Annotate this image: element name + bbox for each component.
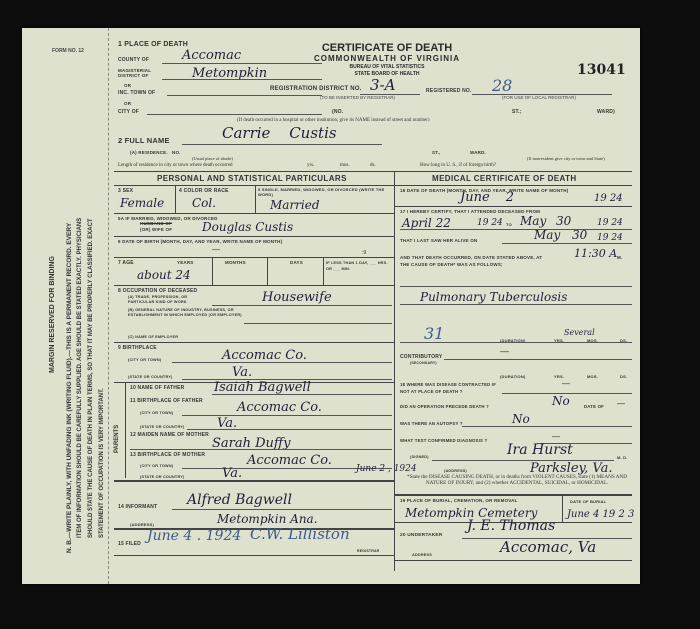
- filed-value: June 4 . 1924: [147, 528, 241, 544]
- parents-label: PARENTS: [114, 425, 120, 453]
- full-name-label: 2 FULL NAME: [118, 136, 170, 145]
- race-value: Col.: [192, 196, 216, 210]
- mother-label: 12 MAIDEN NAME OF MOTHER: [130, 432, 209, 438]
- test-label: WHAT TEST CONFIRMED DIAGNOSIS ?: [400, 438, 487, 443]
- age-lessthan-label: IF LESS THAN 1 DAY, ___ HRS. OR ___ MIN.: [326, 260, 394, 272]
- birthplace-label: 9 BIRTHPLACE: [118, 345, 157, 351]
- county-value: Accomac: [182, 48, 241, 63]
- personal-section-title: PERSONAL AND STATISTICAL PARTICULARS: [157, 174, 347, 183]
- contracted-value: —: [562, 379, 570, 388]
- attended-to: May 30: [520, 214, 571, 228]
- registered-no-label: REGISTERED NO.: [426, 88, 472, 94]
- duration-value: Several: [564, 328, 595, 337]
- last-saw-year: 19 24: [597, 233, 623, 243]
- mother-bp-label: 13 BIRTHPLACE OF MOTHER: [130, 452, 205, 458]
- father-bp-city-label: (CITY OR TOWN): [140, 411, 173, 415]
- father-bp-city-value: Accomac Co.: [237, 400, 322, 415]
- residence-st-label: ST.,: [432, 150, 441, 155]
- registered-no-note: (FOR USE OF LOCAL REGISTRAR): [502, 95, 576, 100]
- husband-label: HUSBAND OF: [140, 221, 172, 226]
- birthplace-city-value: Accomac Co.: [222, 348, 307, 363]
- length-yrs: yrs.: [307, 163, 314, 168]
- undertaker-value: J. E. Thomas: [467, 518, 555, 534]
- certificate-title: CERTIFICATE OF DEATH: [287, 42, 487, 54]
- last-saw-label: THAT I LAST SAW HER ALIVE ON: [400, 238, 477, 243]
- death-time-label: AND THAT DEATH OCCURRED, ON DATE STATED …: [400, 255, 542, 260]
- burial-date-label: DATE OF BURIAL: [570, 499, 606, 504]
- filed-label: 15 FILED: [118, 541, 141, 547]
- attended-from: April 22: [402, 216, 451, 230]
- mother-bp-state-label: (STATE OR COUNTRY): [140, 475, 184, 479]
- cause-value: Pulmonary Tuberculosis: [420, 290, 567, 304]
- to-label: TO: [506, 222, 512, 227]
- no-label: (NO.: [332, 109, 343, 115]
- duration-2-mos: MOS.: [587, 374, 598, 379]
- city-label: CITY OF: [118, 109, 139, 115]
- date-of-value: —: [617, 399, 625, 408]
- margin-reserved-text: MARGIN RESERVED FOR BINDING: [49, 256, 56, 373]
- dob-value: —: [212, 245, 220, 254]
- ward-label: WARD): [597, 109, 615, 115]
- length-mos: mos.: [340, 163, 350, 168]
- registrar-label: REGISTRAR: [357, 549, 379, 553]
- st-label: ST.;: [512, 109, 522, 115]
- or-label-2: OR: [124, 101, 131, 106]
- contributory-label: CONTRIBUTORY: [400, 354, 442, 360]
- instruction-line-4: STATEMENT OF OCCUPATION IS VERY IMPORTAN…: [99, 388, 105, 538]
- occupation-label: 8 OCCUPATION OF DECEASED: [118, 288, 197, 294]
- last-saw-value: May 30: [534, 228, 587, 242]
- instruction-line-2: ITEM OF INFORMATION SHOULD BE CAREFULLY …: [77, 218, 83, 538]
- operation-label: DID AN OPERATION PRECEDE DEATH ?: [400, 404, 489, 409]
- residence-label: (A) RESIDENCE.: [130, 150, 168, 155]
- father-bp-label: 11 BIRTHPLACE OF FATHER: [130, 398, 203, 404]
- mother-bp-city-label: (CITY OR TOWN): [140, 464, 173, 468]
- signed-value: Ira Hurst: [507, 442, 573, 458]
- instruction-line-1: N. B.—WRITE PLAINLY, WITH UNFADING INK (…: [66, 223, 73, 553]
- dob-label: 6 DATE OF BIRTH (MONTH, DAY, AND YEAR, W…: [118, 239, 282, 244]
- death-time-suffix: M.: [617, 255, 622, 260]
- binding-margin: FORM NO. 12 MARGIN RESERVED FOR BINDING …: [22, 28, 109, 584]
- nonresident-note: (If nonresident give city or town and St…: [527, 156, 605, 161]
- reg-district-label: REGISTRATION DISTRICT NO.: [270, 86, 362, 92]
- operation-value: No: [552, 394, 570, 408]
- or-label-1: OR: [124, 83, 131, 88]
- sex-value: Female: [120, 196, 164, 210]
- signed-label: (SIGNED): [410, 455, 429, 459]
- birthplace-state-label: (STATE OR COUNTRY): [128, 375, 172, 379]
- autopsy-label: WAS THERE AN AUTOPSY ?: [400, 421, 463, 426]
- registered-no-value: 28: [492, 76, 512, 95]
- death-certificate: FORM NO. 12 MARGIN RESERVED FOR BINDING …: [22, 28, 640, 584]
- medical-section-title: MEDICAL CERTIFICATE OF DEATH: [432, 174, 577, 183]
- town-label: INC. TOWN OF: [118, 90, 155, 96]
- district-label: MAGISTERIAL DISTRICT OF: [118, 68, 163, 78]
- residence-ward-label: WARD.: [470, 150, 486, 155]
- father-label: 10 NAME OF FATHER: [130, 385, 184, 391]
- commonwealth-title: COMMONWEALTH OF VIRGINIA: [267, 54, 507, 63]
- father-bp-state-label: (STATE OR COUNTRY): [140, 425, 184, 429]
- signed-date: June 2 , 1924: [356, 464, 417, 474]
- informant-label: 14 INFORMANT: [118, 504, 157, 510]
- certificate-number: 13041: [577, 62, 626, 78]
- undertaker-address-value: Accomac, Va: [500, 538, 596, 556]
- duration-2-ds: DS.: [620, 374, 627, 379]
- test-value: —: [552, 432, 560, 441]
- race-label: 4 COLOR OR RACE: [179, 188, 229, 194]
- age-value: about 24: [137, 268, 191, 282]
- attended-to-year: 19 24: [597, 218, 623, 228]
- father-value: Isaiah Bagwell: [214, 380, 311, 395]
- county-label: COUNTY OF: [118, 57, 149, 63]
- birthplace-state-value: Va.: [232, 365, 252, 380]
- dod-year: 19 24: [594, 193, 623, 204]
- hospital-note: (If death occurred in a hospital or othe…: [237, 118, 430, 123]
- mother-bp-state-value: Va.: [222, 466, 242, 481]
- secondary-label: (SECONDARY): [410, 361, 437, 365]
- birthplace-city-label: (CITY OR TOWN): [128, 358, 161, 362]
- attended-from-year: 19 24: [477, 218, 503, 228]
- undertaker-address-label: ADDRESS: [412, 553, 432, 557]
- age-label: 7 AGE: [118, 260, 134, 266]
- reg-district-note: (TO BE INSERTED BY REGISTRAR): [320, 95, 395, 100]
- informant-address-value: Metompkin Ana.: [217, 512, 318, 526]
- age-days-label: DAYS: [290, 260, 303, 265]
- wife-label: (OR) WIFE OF: [140, 227, 172, 232]
- occupation-a-label: (A) TRADE, PROFESSION, OR PARTICULAR KIN…: [128, 295, 208, 305]
- spouse-value: Douglas Custis: [202, 220, 293, 234]
- md-label: M. D.: [617, 455, 628, 460]
- instruction-line-3: SHOULD STATE THE CAUSE OF DEATH IN PLAIN…: [88, 218, 94, 538]
- us-residence-label: How long in U. S., if of foreign birth?: [420, 163, 496, 168]
- contracted-label: 18 WHERE WAS DISEASE CONTRACTED IF NOT A…: [400, 381, 500, 395]
- contributory-value: —: [500, 346, 509, 356]
- reg-district-value: 3-A: [370, 76, 395, 94]
- occupation-a-value: Housewife: [262, 290, 332, 305]
- occupation-c-label: (C) NAME OF EMPLOYER: [128, 335, 178, 339]
- burial-label: 19 PLACE OF BURIAL, CREMATION, OR REMOVA…: [400, 498, 560, 503]
- age-months-label: MONTHS: [225, 260, 246, 265]
- death-time-value: 11:30 A: [574, 247, 617, 260]
- footnote: *State the DISEASE CAUSING DEATH, or in …: [402, 475, 632, 486]
- marital-label: 5 SINGLE, MARRIED, WIDOWED, OR DIVORCED …: [258, 187, 393, 197]
- length-residence-label: Length of residence in city or town wher…: [118, 163, 233, 168]
- abode-note: (Usual place of abode): [192, 156, 233, 161]
- age-years-label: YEARS: [177, 260, 194, 265]
- autopsy-value: No: [512, 412, 530, 426]
- dod-value: June 2: [460, 190, 514, 205]
- informant-value: Alfred Bagwell: [187, 492, 292, 508]
- dob-year-prefix: :9: [362, 250, 366, 256]
- length-ds: ds.: [370, 163, 376, 168]
- place-of-death-label: 1 PLACE OF DEATH: [118, 41, 188, 48]
- md-address-label: (ADDRESS): [444, 469, 467, 473]
- registrar-signature: C.W. Lilliston: [250, 525, 350, 543]
- undertaker-label: 20 UNDERTAKER: [400, 533, 443, 538]
- full-name-value: Carrie Custis: [222, 124, 337, 142]
- cause-label: THE CAUSE OF DEATH* WAS AS FOLLOWS;: [400, 262, 503, 267]
- sex-label: 3 SEX: [118, 188, 133, 194]
- marital-value: Married: [270, 198, 320, 212]
- mother-bp-city-value: Accomac Co.: [247, 453, 332, 468]
- form-number: FORM NO. 12: [52, 48, 84, 54]
- date-of-label: DATE OF: [584, 404, 604, 409]
- occupation-b-label: (B) GENERAL NATURE OF INDUSTRY, BUSINESS…: [128, 308, 243, 318]
- informant-address-label: (ADDRESS): [130, 522, 154, 527]
- cause-code: 31: [424, 324, 444, 343]
- residence-no-label: NO.: [172, 150, 181, 155]
- duration-2-label: (DURATION): [500, 374, 525, 379]
- bureau-title: BUREAU OF VITAL STATISTICS: [287, 64, 487, 70]
- burial-date-value: June 4 19 2 3: [567, 509, 634, 520]
